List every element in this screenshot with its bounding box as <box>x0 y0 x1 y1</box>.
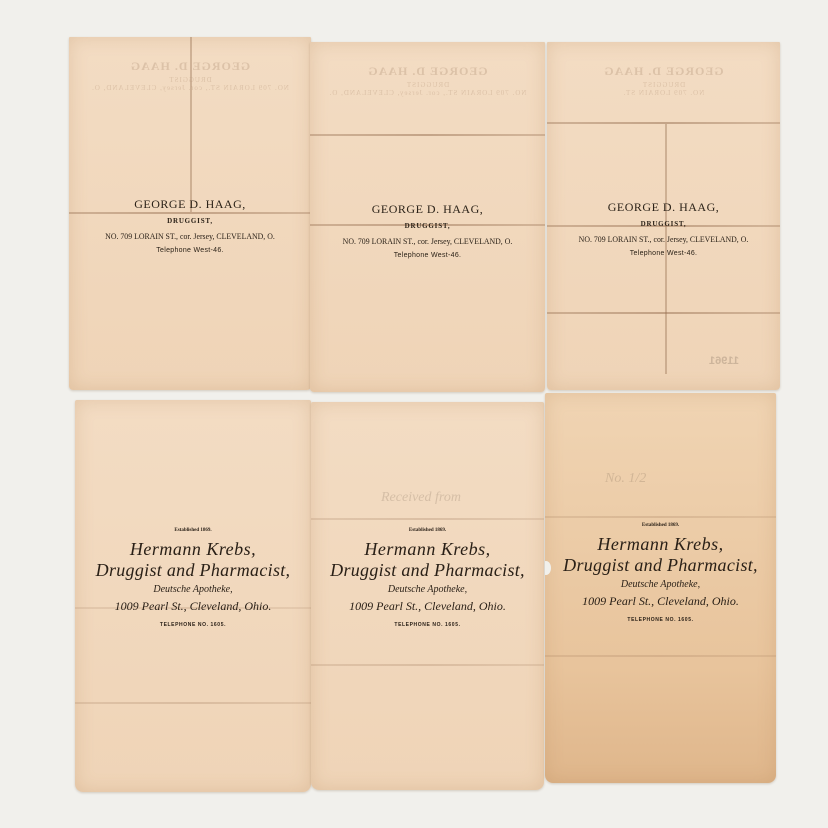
address: 1009 Pearl St., Cleveland, Ohio. <box>311 599 544 614</box>
trade-label: DRUGGIST, <box>310 222 545 230</box>
haag-letterhead-1: GEORGE D. HAAG DRUGGIST NO. 709 LORAIN S… <box>69 37 311 390</box>
krebs-letterhead-2: Received from Established 1869. Hermann … <box>311 402 544 790</box>
trade-title: Druggist and Pharmacist, <box>545 555 776 576</box>
address: NO. 709 LORAIN ST., cor. Jersey, CLEVELA… <box>319 236 535 246</box>
ghost-line: NO. 709 LORAIN ST., cor. Jersey, CLEVELA… <box>310 89 545 97</box>
telephone: TELEPHONE NO. 1605. <box>545 617 776 623</box>
telephone: TELEPHONE NO. 1605. <box>311 622 544 628</box>
business-name: Hermann Krebs, <box>75 539 311 560</box>
business-name: Hermann Krebs, <box>311 539 544 560</box>
pencil-note: Received from <box>381 490 461 506</box>
business-name: GEORGE D. HAAG, <box>69 197 311 212</box>
trade-title: Druggist and Pharmacist, <box>311 560 544 581</box>
ghost-line: DRUGGIST <box>547 81 780 89</box>
fold-crease <box>190 37 192 212</box>
address: NO. 709 LORAIN ST., cor. Jersey, CLEVELA… <box>556 234 770 244</box>
address: NO. 709 LORAIN ST., cor. Jersey, CLEVELA… <box>79 231 302 241</box>
ghost-line: GEORGE D. HAAG <box>547 64 780 79</box>
fold-crease <box>75 702 311 704</box>
business-name: Hermann Krebs, <box>545 534 776 555</box>
fold-crease <box>311 518 544 520</box>
fold-crease <box>545 655 776 657</box>
letterhead-block: Established 1869. Hermann Krebs, Druggis… <box>545 523 776 623</box>
ghost-line: NO. 709 LORAIN ST. <box>547 89 780 97</box>
ghost-line: DRUGGIST <box>310 81 545 89</box>
haag-letterhead-2: GEORGE D. HAAG DRUGGIST NO. 709 LORAIN S… <box>310 42 545 392</box>
fold-crease <box>547 122 780 124</box>
krebs-letterhead-1: Established 1869. Hermann Krebs, Druggis… <box>75 400 311 792</box>
fold-crease <box>310 134 545 136</box>
bleed-through-text: GEORGE D. HAAG DRUGGIST NO. 709 LORAIN S… <box>547 64 780 97</box>
trade-label: DRUGGIST, <box>547 220 780 228</box>
fold-crease <box>547 312 780 314</box>
established-line: Established 1869. <box>75 528 311 533</box>
letterhead-block: GEORGE D. HAAG, DRUGGIST, NO. 709 LORAIN… <box>69 197 311 254</box>
telephone: Telephone West-46. <box>69 247 311 254</box>
ghost-line: GEORGE D. HAAG <box>310 64 545 79</box>
fold-crease <box>311 664 544 666</box>
telephone: TELEPHONE NO. 1605. <box>75 622 311 628</box>
subtitle: Deutsche Apotheke, <box>311 584 544 595</box>
fold-crease <box>545 516 776 518</box>
subtitle: Deutsche Apotheke, <box>75 584 311 595</box>
bleed-through-text: GEORGE D. HAAG DRUGGIST NO. 709 LORAIN S… <box>310 64 545 97</box>
letterhead-block: GEORGE D. HAAG, DRUGGIST, NO. 709 LORAIN… <box>310 202 545 259</box>
subtitle: Deutsche Apotheke, <box>545 579 776 590</box>
address: 1009 Pearl St., Cleveland, Ohio. <box>545 594 776 609</box>
trade-title: Druggist and Pharmacist, <box>75 560 311 581</box>
krebs-letterhead-3: No. 1/2 Established 1869. Hermann Krebs,… <box>545 393 776 783</box>
business-name: GEORGE D. HAAG, <box>547 200 780 215</box>
address: 1009 Pearl St., Cleveland, Ohio. <box>75 599 311 614</box>
inventory-stamp: 11961 <box>709 355 739 367</box>
letterhead-block: Established 1869. Hermann Krebs, Druggis… <box>75 528 311 628</box>
letterhead-block: GEORGE D. HAAG, DRUGGIST, NO. 709 LORAIN… <box>547 200 780 257</box>
telephone: Telephone West-46. <box>310 252 545 259</box>
telephone: Telephone West-46. <box>547 250 780 257</box>
haag-letterhead-3: GEORGE D. HAAG DRUGGIST NO. 709 LORAIN S… <box>547 42 780 390</box>
established-line: Established 1869. <box>311 528 544 533</box>
letterhead-block: Established 1869. Hermann Krebs, Druggis… <box>311 528 544 628</box>
established-line: Established 1869. <box>545 523 776 528</box>
pencil-note: No. 1/2 <box>605 471 646 487</box>
business-name: GEORGE D. HAAG, <box>310 202 545 217</box>
trade-label: DRUGGIST, <box>69 217 311 225</box>
